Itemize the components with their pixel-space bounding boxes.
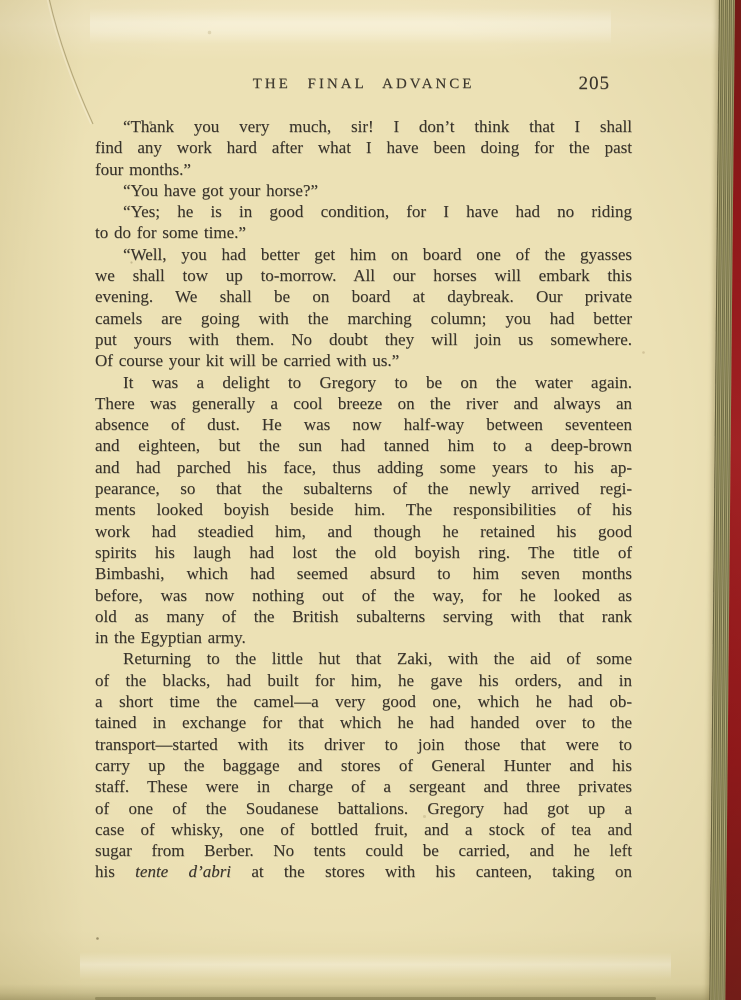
text-line: transport—started with its driver to joi…	[95, 734, 632, 755]
text-line: and had parched his face, thus adding so…	[95, 457, 632, 478]
text-line: of the blacks, had built for him, he gav…	[95, 670, 632, 691]
text-line: old as many of the British subalterns se…	[95, 606, 632, 627]
text-line: There was generally a cool breeze on the…	[95, 393, 632, 414]
page-number: 205	[579, 73, 611, 95]
text-line: Returning to the little hut that Zaki, w…	[95, 648, 632, 669]
body-text: “Thank you very much, sir! I don’t think…	[95, 116, 632, 883]
text-line: of one of the Soudanese battalions. Greg…	[95, 798, 632, 819]
running-header: THE FINAL ADVANCE 205	[95, 76, 632, 100]
text-line: “Well, you had better get him on board o…	[95, 244, 632, 265]
text-line: absence of dust. He was now half-way bet…	[95, 414, 632, 435]
text-line: work had steadied him, and though he ret…	[95, 521, 632, 542]
text-line: “Yes; he is in good condition, for I hav…	[95, 201, 632, 222]
text-line: in the Egyptian army.	[95, 627, 632, 648]
text-line: Of course your kit will be carried with …	[95, 350, 632, 371]
text-line: “You have got your horse?”	[95, 180, 632, 201]
text-line: case of whisky, one of bottled fruit, an…	[95, 819, 632, 840]
text-line: It was a delight to Gregory to be on the…	[95, 372, 632, 393]
text-line: spirits his laugh had lost the old boyis…	[95, 542, 632, 563]
text-line: we shall tow up to-morrow. All our horse…	[95, 265, 632, 286]
text-line: and eighteen, but the sun had tanned him…	[95, 435, 632, 456]
text-line: a short time the camel—a very good one, …	[95, 691, 632, 712]
text-line: Bimbashi, which had seemed absurd to him…	[95, 563, 632, 584]
text-segment: at the stores with his canteen, taking o…	[231, 862, 632, 881]
text-line: evening. We shall be on board at daybrea…	[95, 286, 632, 307]
text-line: his tente d’abri at the stores with his …	[95, 861, 632, 882]
text-line: pearance, so that the subalterns of the …	[95, 478, 632, 499]
text-line: find any work hard after what I have bee…	[95, 137, 632, 158]
text-line: staff. These were in charge of a sergean…	[95, 776, 632, 797]
foxing-specks	[0, 0, 1, 1]
italic-phrase: tente d’abri	[135, 862, 231, 881]
text-line: “Thank you very much, sir! I don’t think…	[95, 116, 632, 137]
text-line: to do for some time.”	[95, 222, 632, 243]
text-line: tained in exchange for that which he had…	[95, 712, 632, 733]
text-segment: his	[95, 862, 135, 881]
paper-shadow-left	[0, 0, 85, 1000]
text-line: camels are going with the marching colum…	[95, 308, 632, 329]
paper-sheen-top	[90, 8, 611, 44]
text-line: put yours with them. No doubt they will …	[95, 329, 632, 350]
text-line: sugar from Berber. No tents could be car…	[95, 840, 632, 861]
text-line: carry up the baggage and stores of Gener…	[95, 755, 632, 776]
running-title: THE FINAL ADVANCE	[95, 76, 632, 93]
paper-sheen-bottom	[80, 952, 671, 980]
page-curl-shadow	[0, 984, 741, 1000]
text-line: four months.”	[95, 159, 632, 180]
text-line: ments looked boyish beside him. The resp…	[95, 499, 632, 520]
text-line: before, was now nothing out of the way, …	[95, 585, 632, 606]
book-page-scan: THE FINAL ADVANCE 205 “Thank you very mu…	[0, 0, 741, 1000]
